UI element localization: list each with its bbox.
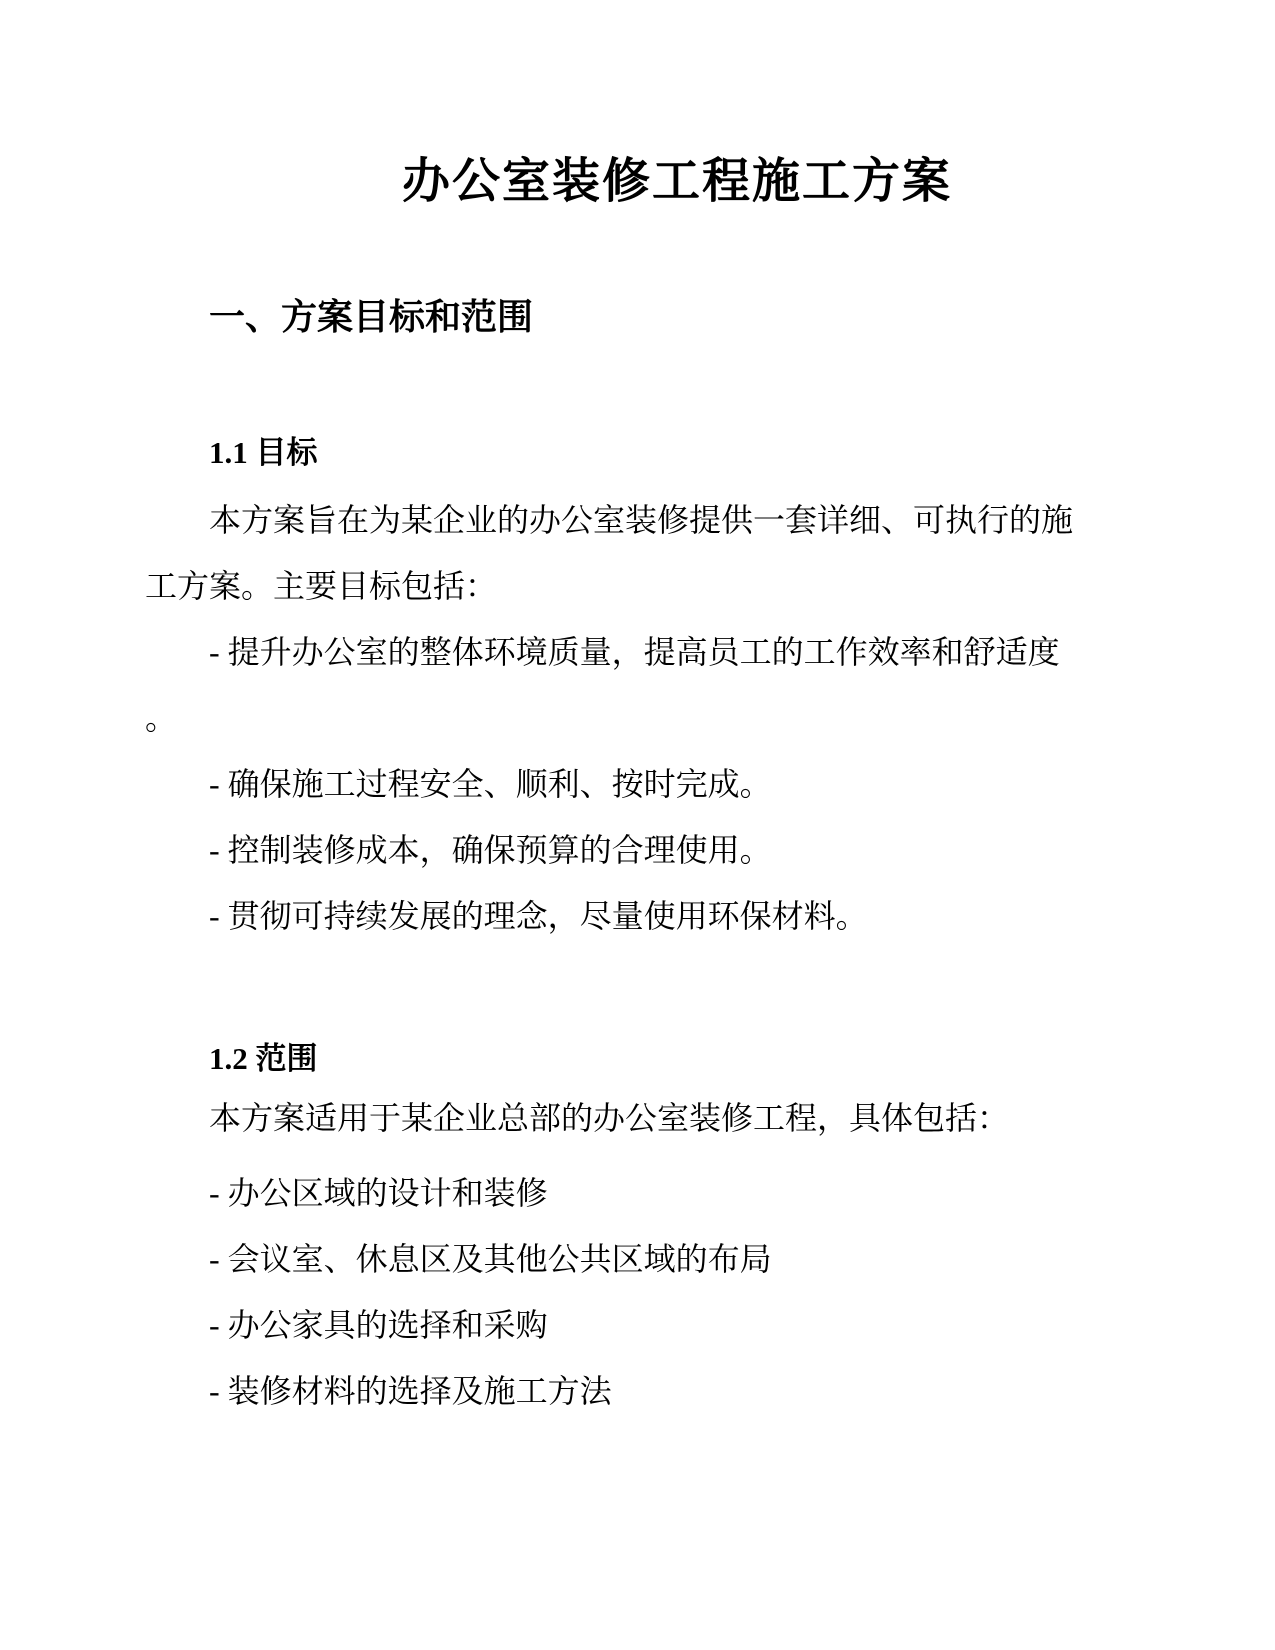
scope-bullet-1: - 办公区域的设计和装修 <box>145 1160 1145 1226</box>
goal-bullet-1-line-1: - 提升办公室的整体环境质量，提高员工的工作效率和舒适度 <box>145 619 1145 685</box>
document-page: 办公室装修工程施工方案 一、方案目标和范围 1.1 目标 本方案旨在为某企业的办… <box>0 0 1275 1650</box>
scope-bullet-2: - 会议室、休息区及其他公共区域的布局 <box>145 1226 1145 1292</box>
scope-bullet-3: - 办公家具的选择和采购 <box>145 1292 1145 1358</box>
scope-paragraph: 本方案适用于某企业总部的办公室装修工程，具体包括： <box>145 1085 1145 1151</box>
subsection-heading-scope: 1.2 范围 <box>145 1037 1145 1081</box>
goal-bullet-4: - 贯彻可持续发展的理念，尽量使用环保材料。 <box>145 883 1145 949</box>
goal-paragraph-line-1: 本方案旨在为某企业的办公室装修提供一套详细、可执行的施 <box>145 487 1145 553</box>
subsection-heading-goal: 1.1 目标 <box>145 431 1145 475</box>
section-heading: 一、方案目标和范围 <box>145 292 1145 342</box>
document-title: 办公室装修工程施工方案 <box>145 150 1145 214</box>
scope-bullet-4: - 装修材料的选择及施工方法 <box>145 1358 1145 1424</box>
goal-paragraph-line-2: 工方案。主要目标包括： <box>145 553 1145 619</box>
goal-bullet-2: - 确保施工过程安全、顺利、按时完成。 <box>145 751 1145 817</box>
goal-bullet-1-line-2: 。 <box>145 685 1145 751</box>
goal-bullet-3: - 控制装修成本，确保预算的合理使用。 <box>145 817 1145 883</box>
